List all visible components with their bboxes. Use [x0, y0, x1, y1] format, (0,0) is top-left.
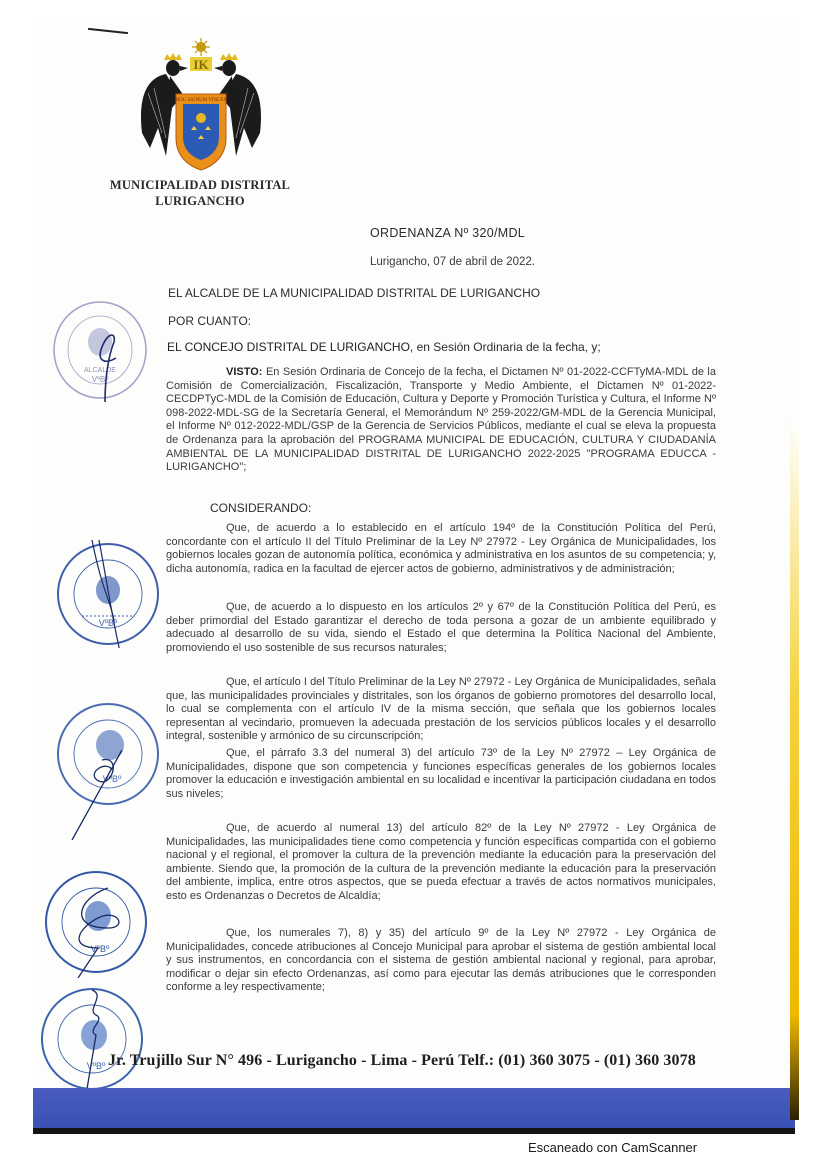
svg-text:IK: IK [193, 57, 209, 72]
document-title: ORDENANZA Nº 320/MDL [370, 226, 525, 240]
concejo-rest: en Sesión Ordinaria de la fecha, y; [413, 340, 600, 354]
considerando-paragraph-4: Que, el párrafo 3.3 del numeral 3) del a… [166, 747, 716, 801]
concejo-bold: EL CONCEJO DISTRITAL DE LURIGANCHO, [167, 340, 413, 354]
document-date: Lurigancho, 07 de abril de 2022. [370, 256, 535, 268]
considerando-paragraph-3: Que, el artículo I del Título Preliminar… [166, 676, 716, 744]
visto-paragraph: VISTO: En Sesión Ordinaria de Concejo de… [166, 366, 716, 475]
svg-text:ALCALDE: ALCALDE [84, 367, 116, 374]
page-shadow-edge [33, 1128, 795, 1134]
org-name-line1: MUNICIPALIDAD DISTRITAL [100, 177, 300, 193]
yellow-background-edge [790, 420, 799, 1120]
considerando-paragraph-6: Que, los numerales 7), 8) y 35) del artí… [166, 927, 716, 995]
servicios-publicos-stamp-icon: VºBº [36, 985, 154, 1095]
svg-text:HOC SIGNUM VINCES: HOC SIGNUM VINCES [176, 98, 227, 103]
considerando-paragraph-1: Que, de acuerdo a lo establecido en el a… [166, 522, 716, 576]
organization-name: MUNICIPALIDAD DISTRITAL LURIGANCHO [100, 177, 300, 209]
footer-address: Jr. Trujillo Sur N° 496 - Lurigancho - L… [108, 1052, 696, 1070]
visto-text: En Sesión Ordinaria de Concejo de la fec… [166, 366, 716, 473]
alcalde-stamp-icon: ALCALDE VºBº [50, 292, 150, 410]
por-cuanto-heading: POR CUANTO: [168, 314, 251, 328]
issuer-heading: EL ALCALDE DE LA MUNICIPALIDAD DISTRITAL… [168, 286, 540, 300]
municipal-crest-icon: IK HOC SIGNUM VINCES [136, 38, 266, 176]
considerando-heading: CONSIDERANDO: [210, 501, 311, 515]
camscanner-watermark: Escaneado con CamScanner [528, 1140, 697, 1155]
visto-label: VISTO: [226, 366, 262, 378]
gerencia-municipal-stamp-icon: VºBº [52, 540, 164, 648]
asesoria-juridica-stamp-icon: VºBº [38, 868, 156, 978]
considerando-paragraph-2: Que, de acuerdo a lo dispuesto en los ar… [166, 601, 716, 655]
considerando-paragraph-5: Que, de acuerdo al numeral 13) del artíc… [166, 822, 716, 904]
concejo-line: EL CONCEJO DISTRITAL DE LURIGANCHO, en S… [167, 340, 601, 354]
org-name-line2: LURIGANCHO [100, 193, 300, 209]
secretaria-general-stamp-icon: VºBº [52, 700, 164, 840]
svg-text:VºBº: VºBº [91, 944, 110, 954]
